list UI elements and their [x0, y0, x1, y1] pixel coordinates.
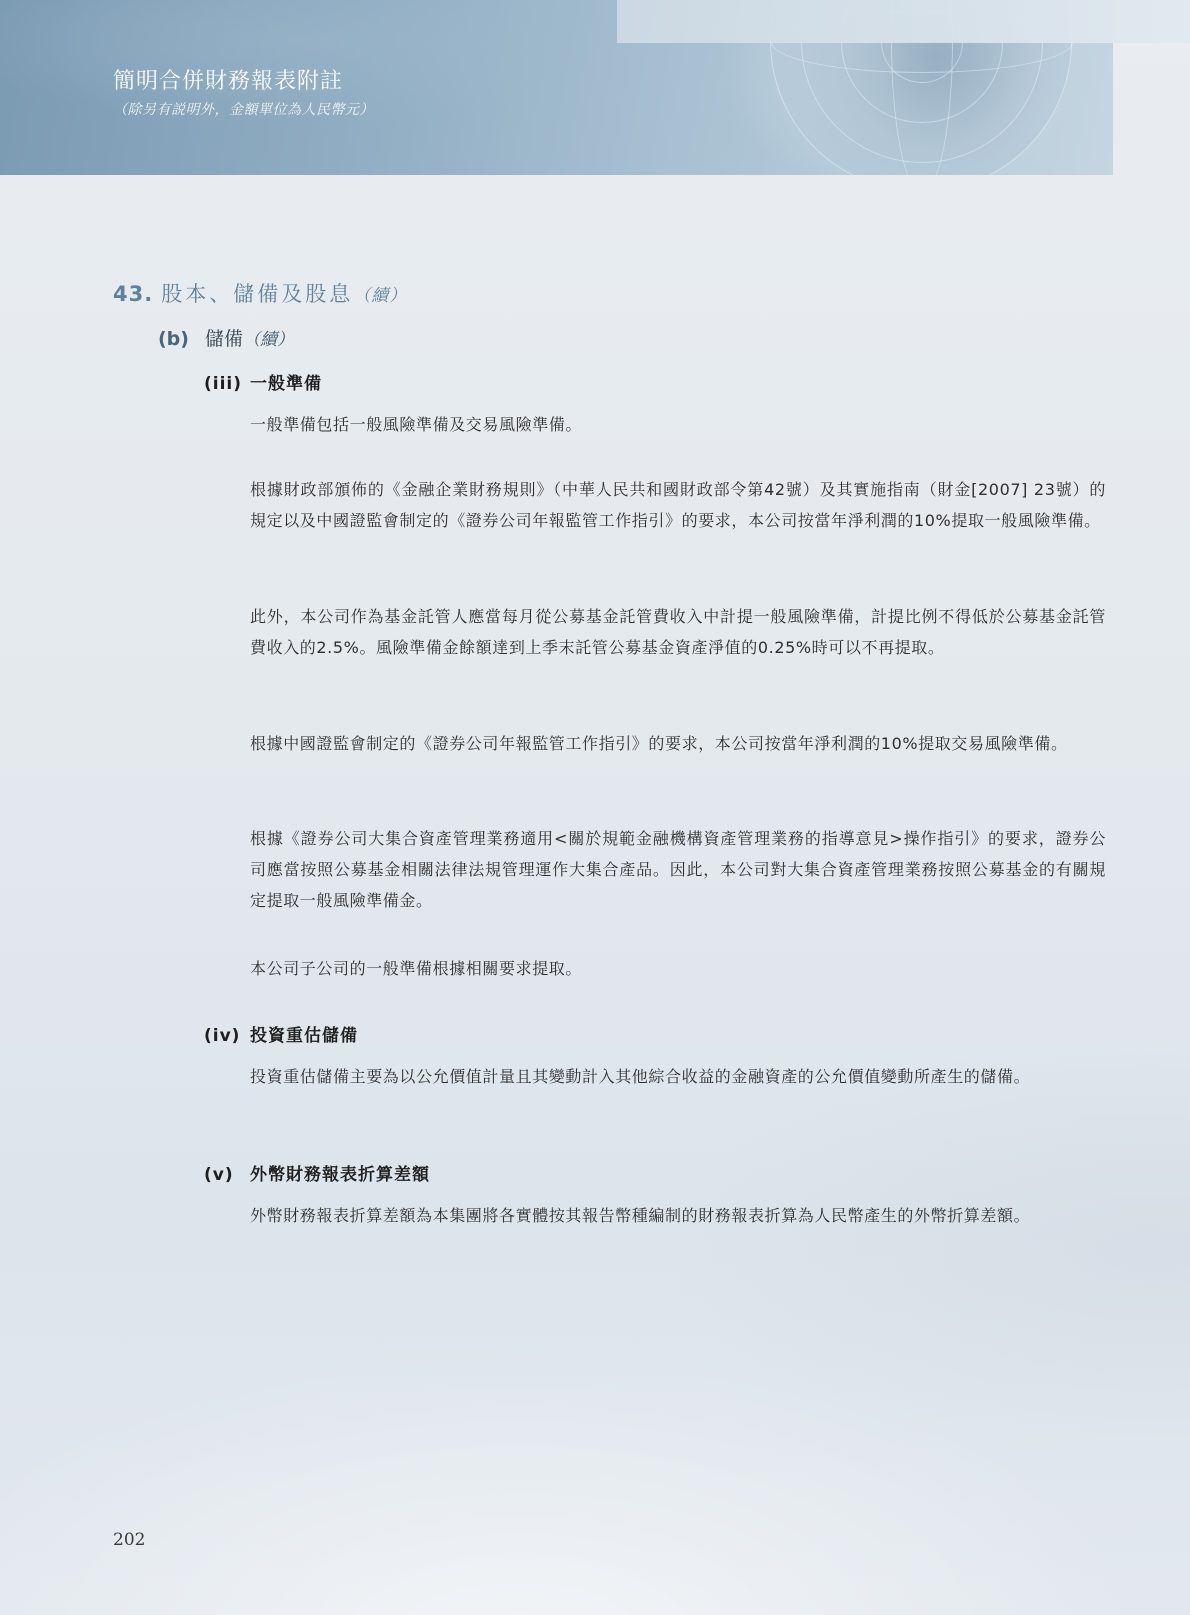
section-heading: 43.股本、儲備及股息（續）	[113, 278, 407, 308]
item-title: 一般準備	[250, 374, 322, 394]
paragraph: 根據財政部頒佈的《金融企業財務規則》（中華人民共和國財政部令第42號）及其實施指…	[250, 474, 1106, 536]
item-heading-general-reserve: (iii)一般準備	[204, 369, 322, 394]
item-label: (v)	[204, 1165, 250, 1185]
paragraph: 根據中國證監會制定的《證券公司年報監管工作指引》的要求，本公司按當年淨利潤的10…	[250, 728, 1106, 759]
subsection-label: (b)	[158, 328, 205, 350]
paragraph: 投資重估儲備主要為以公允價值計量且其變動計入其他綜合收益的金融資產的公允價值變動…	[250, 1061, 1106, 1092]
item-heading-investment-revaluation-reserve: (iv)投資重估儲備	[204, 1021, 358, 1046]
header-accent-strip	[617, 0, 1190, 43]
document-subtitle: （除另有説明外，金額單位為人民幣元）	[113, 99, 374, 119]
paragraph: 根據《證券公司大集合資產管理業務適用<關於規範金融機構資產管理業務的指導意見>操…	[250, 823, 1106, 916]
item-label: (iv)	[204, 1026, 250, 1046]
paragraph: 外幣財務報表折算差額為本集團將各實體按其報告幣種編制的財務報表折算為人民幣產生的…	[250, 1200, 1106, 1231]
paragraph: 此外，本公司作為基金託管人應當每月從公募基金託管費收入中計提一般風險準備，計提比…	[250, 601, 1106, 663]
document-title: 簡明合併財務報表附註	[113, 64, 343, 95]
section-continued: （續）	[353, 286, 407, 306]
subsection-title: 儲備	[205, 328, 243, 350]
paragraph: 本公司子公司的一般準備根據相關要求提取。	[250, 953, 1106, 984]
item-title: 外幣財務報表折算差額	[250, 1165, 430, 1185]
item-title: 投資重估儲備	[250, 1026, 358, 1046]
subsection-continued: （續）	[243, 330, 294, 350]
page-number: 202	[113, 1530, 145, 1550]
subsection-heading: (b)儲備（續）	[158, 324, 294, 351]
item-heading-foreign-currency-translation: (v)外幣財務報表折算差額	[204, 1160, 430, 1185]
section-number: 43.	[113, 282, 153, 306]
item-label: (iii)	[204, 374, 250, 394]
section-title: 股本、儲備及股息	[161, 282, 353, 306]
paragraph: 一般準備包括一般風險準備及交易風險準備。	[250, 409, 1106, 440]
